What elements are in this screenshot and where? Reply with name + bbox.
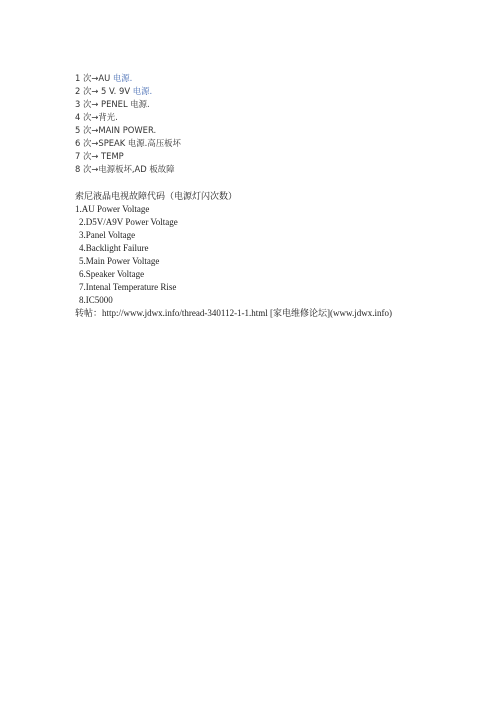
- fault-item-8: 8.IC5000: [79, 294, 113, 306]
- code-text: 2 次→ 5 V. 9V: [75, 86, 133, 96]
- fault-item-7: 7.Intenal Temperature Rise: [79, 281, 176, 293]
- fault-item-3: 3.Panel Voltage: [79, 229, 135, 241]
- code-link-text: 电源.: [133, 86, 152, 96]
- document-page: 1 次→AU 电源. 2 次→ 5 V. 9V 电源. 3 次→ PENEL 电…: [0, 0, 500, 708]
- code-link-text: 电源.: [113, 73, 132, 83]
- fault-item-5: 5.Main Power Voltage: [79, 255, 159, 267]
- code-line-2: 2 次→ 5 V. 9V 电源.: [75, 85, 152, 97]
- code-line-6: 6 次→SPEAK 电源.高压板坏: [75, 137, 181, 149]
- code-text: 1 次→AU: [75, 73, 113, 83]
- fault-item-4: 4.Backlight Failure: [79, 242, 149, 254]
- fault-item-6: 6.Speaker Voltage: [79, 268, 144, 280]
- fault-item-1: 1.AU Power Voltage: [75, 203, 149, 215]
- code-line-4: 4 次→背光.: [75, 111, 118, 123]
- code-line-8: 8 次→电源板坏,AD 板故障: [75, 163, 175, 175]
- code-line-7: 7 次→ TEMP: [75, 150, 124, 162]
- section-title: 索尼液晶电视故障代码（电源灯闪次数）: [75, 190, 237, 202]
- code-line-3: 3 次→ PENEL 电源.: [75, 98, 150, 110]
- source-reference: 转帖：http://www.jdwx.info/thread-340112-1-…: [75, 307, 392, 319]
- code-line-1: 1 次→AU 电源.: [75, 72, 132, 84]
- code-line-5: 5 次→MAIN POWER.: [75, 124, 156, 136]
- fault-item-2: 2.D5V/A9V Power Voltage: [79, 216, 178, 228]
